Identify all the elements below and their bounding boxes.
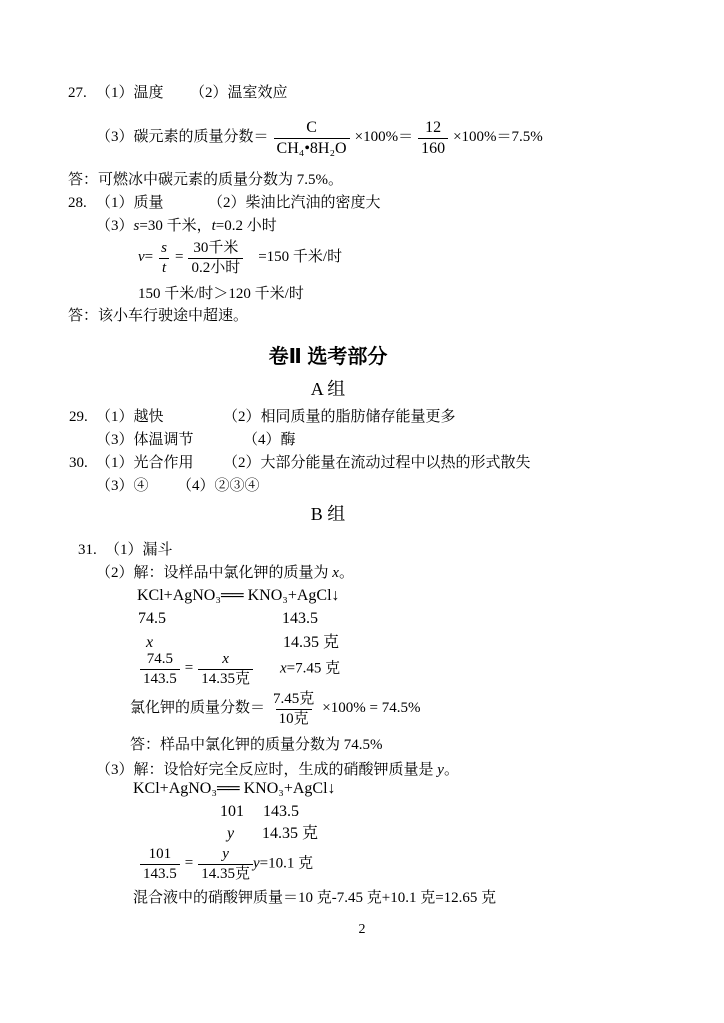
fraction-denominator: 0.2小时	[188, 258, 243, 278]
fraction: 30千米 0.2小时	[188, 239, 243, 278]
setup-text: 。	[444, 762, 459, 778]
question-number: 29.	[69, 406, 88, 429]
question-number: 30.	[69, 452, 88, 475]
q28-answer-sentence: 答：该小车行驶途中超速。	[0, 305, 724, 328]
chemical-equation: KCl+AgNO₃══ KNO₃+AgCl↓	[133, 777, 336, 800]
final-calculation: 混合液中的硝酸钾质量＝10 克-7.45 克+10.1 克=12.65 克	[133, 887, 496, 910]
answer-part: （1）漏斗	[105, 539, 173, 562]
answer-part: （1）质量	[96, 192, 164, 215]
fraction-denominator: t	[159, 258, 169, 278]
q29-answers-line: 29. （1）越快 （2）相同质量的脂肪储存能量更多	[0, 406, 724, 429]
formula-prefix: （3）碳元素的质量分数＝	[96, 128, 269, 148]
fraction-numerator: 30千米	[190, 239, 241, 258]
molar-mass-value: 74.5	[138, 607, 166, 630]
result-text: =7.45 克	[287, 660, 340, 676]
solution-result: y=10.1 克	[253, 854, 313, 874]
molar-mass-value: 101	[220, 800, 244, 823]
answer-text: 答：可燃冰中碳元素的质量分数为 7.5%。	[68, 169, 343, 192]
solution-result: x=7.45 克	[280, 659, 340, 679]
chemical-equation: KCl+AgNO₃══ KNO₃+AgCl↓	[137, 584, 340, 607]
fraction-denominator: 160	[418, 138, 448, 159]
formula-prefix: 氯化钾的质量分数＝	[130, 699, 265, 719]
fraction-numerator: y	[219, 845, 232, 864]
q31-chemical-equation-2: KCl+AgNO₃══ KNO₃+AgCl↓	[0, 777, 724, 800]
q31-final-mass-line: 混合液中的硝酸钾质量＝10 克-7.45 克+10.1 克=12.65 克	[0, 887, 724, 910]
fraction: 74.5 143.5	[140, 650, 180, 689]
q31-chemical-equation-1: KCl+AgNO₃══ KNO₃+AgCl↓	[0, 584, 724, 607]
answer-part: （1）光合作用	[96, 452, 194, 475]
answer-part: （3）④	[96, 475, 149, 498]
question-number: 28.	[68, 192, 87, 215]
q27-answer-sentence: 答：可燃冰中碳元素的质量分数为 7.5%。	[0, 169, 724, 192]
page-number: 2	[0, 918, 724, 941]
group-b-heading: B 组	[0, 502, 656, 526]
fraction: 7.45克 10克	[270, 690, 317, 729]
formula-operator: ×100%＝	[355, 128, 413, 148]
fraction: x 14.35克	[198, 650, 253, 689]
equals-sign: =	[185, 659, 193, 679]
answer-text: 答：样品中氯化钾的质量分数为 74.5%	[130, 734, 383, 757]
answer-text: 答：该小车行驶途中超速。	[68, 305, 248, 328]
variable-v: v	[138, 248, 145, 268]
fraction-numerator: C	[303, 118, 320, 138]
question-number: 31.	[78, 539, 97, 562]
q31-proportion-2: 101 143.5 = y 14.35克 y=10.1 克	[0, 840, 724, 888]
solution-setup: （2）解：设样品中氯化钾的质量为 x。	[96, 562, 354, 585]
q29-answers-line2: （3）体温调节 （4）酶	[0, 429, 724, 452]
q30-answers-line2: （3）④ （4）②③④	[0, 475, 724, 498]
fraction-denominator: CH₄•8H₂O	[274, 138, 350, 159]
fraction: 101 143.5	[140, 845, 180, 884]
answer-part: （1）越快	[96, 406, 164, 429]
formula-result: ×100%＝7.5%	[453, 128, 543, 148]
variable-x: x	[280, 660, 287, 676]
equals-sign: =	[175, 248, 183, 268]
fraction: y 14.35克	[198, 845, 253, 884]
fraction-denominator: 143.5	[140, 864, 180, 884]
q27-answers-line: 27. （1）温度 （2）温室效应	[0, 82, 724, 105]
q28-speed-formula: v = s t = 30千米 0.2小时 =150 千米/时	[0, 232, 724, 284]
q31-molar-mass-row-2: 101 143.5	[0, 800, 724, 823]
fraction-numerator: 7.45克	[270, 690, 317, 709]
q28-comparison-line: 150 千米/时＞120 千米/时	[0, 283, 724, 306]
answer-part: （2）温室效应	[190, 82, 288, 105]
q31-molar-mass-row-1: 74.5 143.5	[0, 607, 724, 630]
molar-mass-value: 143.5	[263, 800, 299, 823]
section-title: 卷Ⅱ 选考部分	[0, 343, 656, 371]
fraction: s t	[158, 239, 170, 278]
setup-text: 。	[339, 565, 354, 581]
result-text: =10.1 克	[260, 855, 313, 871]
fraction-numerator: s	[158, 239, 170, 258]
answer-part: （4）②③④	[177, 475, 260, 498]
equals-sign: =	[185, 854, 193, 874]
q31-answer-sentence-2: 答：样品中氯化钾的质量分数为 74.5%	[0, 734, 724, 757]
q30-answers-line: 30. （1）光合作用 （2）大部分能量在流动过程中以热的形式散失	[0, 452, 724, 475]
setup-text: （2）解：设样品中氯化钾的质量为	[96, 565, 332, 581]
variable-y: y	[437, 762, 444, 778]
fraction-denominator: 14.35克	[198, 864, 253, 884]
fraction-numerator: 12	[422, 118, 444, 138]
q31-part2-setup: （2）解：设样品中氯化钾的质量为 x。	[0, 562, 724, 585]
q27-mass-fraction-formula: （3）碳元素的质量分数＝ C CH₄•8H₂O ×100%＝ 12 160 ×1…	[0, 112, 724, 164]
q31-mass-fraction-formula: 氯化钾的质量分数＝ 7.45克 10克 ×100% = 74.5%	[0, 685, 724, 733]
variable-y: y	[253, 855, 260, 871]
answer-part: （2）相同质量的脂肪储存能量更多	[223, 406, 456, 429]
fraction-numerator: 74.5	[144, 650, 176, 669]
setup-text: （3）解：设恰好完全反应时，生成的硝酸钾质量是	[96, 762, 437, 778]
formula-result: =150 千米/时	[258, 248, 342, 268]
fraction-denominator: 10克	[276, 709, 312, 729]
answer-part: （3）体温调节	[96, 429, 194, 452]
q31-answers-line: 31. （1）漏斗	[0, 539, 724, 562]
q28-answers-line: 28. （1）质量 （2）柴油比汽油的密度大	[0, 192, 724, 215]
fraction: C CH₄•8H₂O	[274, 118, 350, 159]
group-a-heading: A 组	[0, 377, 656, 401]
formula-result: ×100% = 74.5%	[322, 699, 420, 719]
answer-part: （2）柴油比汽油的密度大	[208, 192, 381, 215]
fraction-numerator: 101	[146, 845, 175, 864]
variable-x: x	[332, 565, 339, 581]
fraction-numerator: x	[219, 650, 232, 669]
fraction: 12 160	[418, 118, 448, 159]
document-page: 27. （1）温度 （2）温室效应 （3）碳元素的质量分数＝ C CH₄•8H₂…	[0, 0, 724, 1023]
equals-sign: =	[145, 248, 153, 268]
question-number: 27.	[68, 82, 87, 105]
answer-part: （1）温度	[96, 82, 164, 105]
answer-part: （2）大部分能量在流动过程中以热的形式散失	[223, 452, 531, 475]
answer-part: （4）酶	[243, 429, 296, 452]
comparison-text: 150 千米/时＞120 千米/时	[138, 283, 304, 306]
molar-mass-value: 143.5	[282, 607, 318, 630]
